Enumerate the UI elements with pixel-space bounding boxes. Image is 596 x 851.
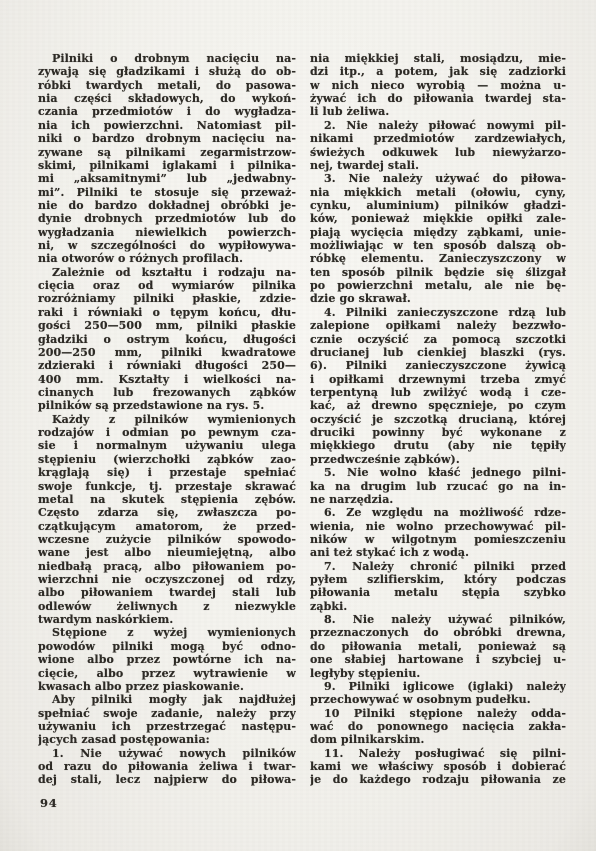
text-line: cznie oczyścić za pomocą szczotki <box>310 333 566 346</box>
text-line: wione albo przez powtórne ich na- <box>38 653 296 666</box>
text-line: dynie drobnych przedmiotów lub do <box>38 212 296 225</box>
text-line: Stępione z wyżej wymienionych <box>38 626 296 639</box>
text-line: i opiłkami drzewnymi trzeba zmyć <box>310 373 566 386</box>
text-line: zalepione opiłkami należy bezzwło- <box>310 319 566 332</box>
text-line: piają wycięcia między ząbkami, unie- <box>310 226 566 239</box>
text-line: 9. Pilniki iglicowe (iglaki) należy <box>310 680 566 693</box>
text-line: używaniu ich przestrzegać następu- <box>38 720 296 733</box>
text-line: skimi, pilnikami iglakami i pilnika- <box>38 159 296 172</box>
text-line: czątkującym amatorom, że przed- <box>38 520 296 533</box>
text-line: cięcia oraz od wymiarów pilnika <box>38 279 296 292</box>
text-line: twardym naskórkiem. <box>38 613 296 626</box>
text-line: ległyby stępieniu. <box>310 667 566 680</box>
text-line: Każdy z pilników wymienionych <box>38 413 296 426</box>
text-line: 6. Ze względu na możliwość rdze- <box>310 506 566 519</box>
text-line: ne narzędzia. <box>310 493 566 506</box>
text-line: 5. Nie wolno kłaść jednego pilni- <box>310 466 566 479</box>
text-line: kwasach albo przez piaskowanie. <box>38 680 296 693</box>
text-line: stępieniu (wierzchołki ząbków zao- <box>38 453 296 466</box>
text-line: rodzajów i odmian po pewnym cza- <box>38 426 296 439</box>
text-line: niki o bardzo drobnym nacięciu na- <box>38 132 296 145</box>
text-line: jących zasad postępowania: <box>38 733 296 746</box>
text-line: ten sposób pilnik będzie się ślizgał <box>310 266 566 279</box>
text-line: drucianej lub cienkiej blaszki (rys. <box>310 346 566 359</box>
text-line: cinanych lub frezowanych ząbków <box>38 386 296 399</box>
text-line: miękkiego drutu (aby nie tępiły <box>310 439 566 452</box>
text-line: 1. Nie używać nowych pilników <box>38 747 296 760</box>
text-line: zdzieraki i równiaki długości 250— <box>38 359 296 372</box>
text-line: albo piłowaniem twardej stali lub <box>38 586 296 599</box>
text-line: wienia, nie wolno przechowywać pil- <box>310 520 566 533</box>
text-line: przeznaczonych do obróbki drewna, <box>310 626 566 639</box>
text-line: 10 Pilniki stępione należy odda- <box>310 707 566 720</box>
text-line: pilników są przedstawione na rys. 5. <box>38 399 296 412</box>
text-line: metal na skutek stępienia zębów. <box>38 493 296 506</box>
text-line: nia części składowych, do wykoń- <box>38 92 296 105</box>
text-line: 200—250 mm, pilniki kwadratowe <box>38 346 296 359</box>
text-line: powodów pilniki mogą być odno- <box>38 640 296 653</box>
text-line: róbkę elementu. Zanieczyszczony w <box>310 252 566 265</box>
text-line: ków, ponieważ miękkie opiłki zale- <box>310 212 566 225</box>
text-line: oczyścić je szczotką drucianą, której <box>310 413 566 426</box>
text-line: w nich nieco wyrobią — można u- <box>310 79 566 92</box>
text-line: nia miękkiej stali, mosiądzu, mie- <box>310 52 566 65</box>
text-line: ząbki. <box>310 600 566 613</box>
text-line: je do każdego rodzaju piłowania ze <box>310 773 566 786</box>
text-line: do piłowania metali, ponieważ są <box>310 640 566 653</box>
text-line: żywać ich do piłowania twardej sta- <box>310 92 566 105</box>
text-line: nie do bardzo dokładnej obróbki je- <box>38 199 296 212</box>
text-line: czania przedmiotów i do wygładza- <box>38 105 296 118</box>
text-line: dzi itp., a potem, jak się zadziorki <box>310 65 566 78</box>
text-line: krąglają się) i przestaje spełniać <box>38 466 296 479</box>
text-line: 2. Nie należy piłować nowymi pil- <box>310 119 566 132</box>
text-line: cynku, aluminium) pilników gładzi- <box>310 199 566 212</box>
text-line: sie i normalnym używaniu ulega <box>38 439 296 452</box>
text-line: mi”. Pilniki te stosuje się przeważ- <box>38 186 296 199</box>
text-line: dom pilnikarskim. <box>310 733 566 746</box>
text-line: Pilniki o drobnym nacięciu na- <box>38 52 296 65</box>
text-line: one słabiej hartowane i szybciej u- <box>310 653 566 666</box>
text-line: dzie go skrawał. <box>310 292 566 305</box>
text-column-left: Pilniki o drobnym nacięciu na-zywają się… <box>38 52 296 787</box>
text-line: róbki twardych metali, do pasowa- <box>38 79 296 92</box>
text-line: nia otworów o różnych profilach. <box>38 252 296 265</box>
text-line: 3. Nie należy używać do piłowa- <box>310 172 566 185</box>
text-line: wać do ponownego nacięcia zakła- <box>310 720 566 733</box>
text-line: wczesne zużycie pilników spowodo- <box>38 533 296 546</box>
text-line: spełniać swoje zadanie, należy przy <box>38 707 296 720</box>
text-line: odlewów żeliwnych z niezwykle <box>38 600 296 613</box>
text-line: 400 mm. Kształty i wielkości na- <box>38 373 296 386</box>
text-line: pyłem szlifierskim, który podczas <box>310 573 566 586</box>
text-line: ani też stykać ich z wodą. <box>310 546 566 559</box>
text-line: przechowywać w osobnym pudełku. <box>310 693 566 706</box>
text-line: nej, twardej stali. <box>310 159 566 172</box>
text-line: kami we właściwy sposób i dobierać <box>310 760 566 773</box>
text-line: 11. Należy posługiwać się pilni- <box>310 747 566 760</box>
page-number: 94 <box>40 796 58 810</box>
text-line: możliwiając w ten sposób dalszą ob- <box>310 239 566 252</box>
text-line: po powierzchni metalu, ale nie bę- <box>310 279 566 292</box>
text-line: dej stali, lecz najpierw do piłowa- <box>38 773 296 786</box>
text-line: nia ich powierzchni. Natomiast pil- <box>38 119 296 132</box>
text-line: terpentyną lub zwilżyć wodą i cze- <box>310 386 566 399</box>
scanned-book-page: Pilniki o drobnym nacięciu na-zywają się… <box>0 0 596 851</box>
text-line: ników w wilgotnym pomieszczeniu <box>310 533 566 546</box>
text-line: 6). Pilniki zanieczyszczone żywicą <box>310 359 566 372</box>
text-line: li lub żeliwa. <box>310 105 566 118</box>
text-line: ka na drugim lub rzucać go na in- <box>310 480 566 493</box>
text-line: Aby pilniki mogły jak najdłużej <box>38 693 296 706</box>
text-line: świeżych odkuwek lub niewyżarzo- <box>310 146 566 159</box>
text-line: mi „aksamitnymi” lub „jedwabny- <box>38 172 296 185</box>
text-line: 4. Pilniki zanieczyszczone rdzą lub <box>310 306 566 319</box>
text-line: zywane są pilnikami zegarmistrzow- <box>38 146 296 159</box>
text-line: niedbałą pracą, albo piłowaniem po- <box>38 560 296 573</box>
text-line: przedwcześnie ząbków). <box>310 453 566 466</box>
text-line: wierzchni nie oczyszczonej od rdzy, <box>38 573 296 586</box>
text-line: gości 250—500 mm, pilniki płaskie <box>38 319 296 332</box>
text-line: nikami przedmiotów zardzewiałych, <box>310 132 566 145</box>
text-line: piłowania metalu stępia szybko <box>310 586 566 599</box>
text-column-right: nia miękkiej stali, mosiądzu, mie-dzi it… <box>310 52 566 787</box>
text-line: kać, aż drewno spęcznieje, po czym <box>310 399 566 412</box>
text-line: ni, w szczególności do wypiłowywa- <box>38 239 296 252</box>
text-line: od razu do piłowania żeliwa i twar- <box>38 760 296 773</box>
text-line: raki i równiaki o tępym końcu, dłu- <box>38 306 296 319</box>
text-line: gładziki o ostrym końcu, długości <box>38 333 296 346</box>
text-line: wygładzania niewielkich powierzch- <box>38 226 296 239</box>
text-line: Zależnie od kształtu i rodzaju na- <box>38 266 296 279</box>
text-line: 7. Należy chronić pilniki przed <box>310 560 566 573</box>
text-line: nia miękkich metali (ołowiu, cyny, <box>310 186 566 199</box>
text-line: druciki powinny być wykonane z <box>310 426 566 439</box>
text-line: Często zdarza się, zwłaszcza po- <box>38 506 296 519</box>
text-line: zywają się gładzikami i służą do ob- <box>38 65 296 78</box>
text-line: wane jest albo nieumiejętną, albo <box>38 546 296 559</box>
text-line: swoje funkcje, tj. przestaje skrawać <box>38 480 296 493</box>
text-line: rozróżniamy pilniki płaskie, zdzie- <box>38 292 296 305</box>
text-line: 8. Nie należy używać pilników, <box>310 613 566 626</box>
text-line: cięcie, albo przez wytrawienie w <box>38 667 296 680</box>
